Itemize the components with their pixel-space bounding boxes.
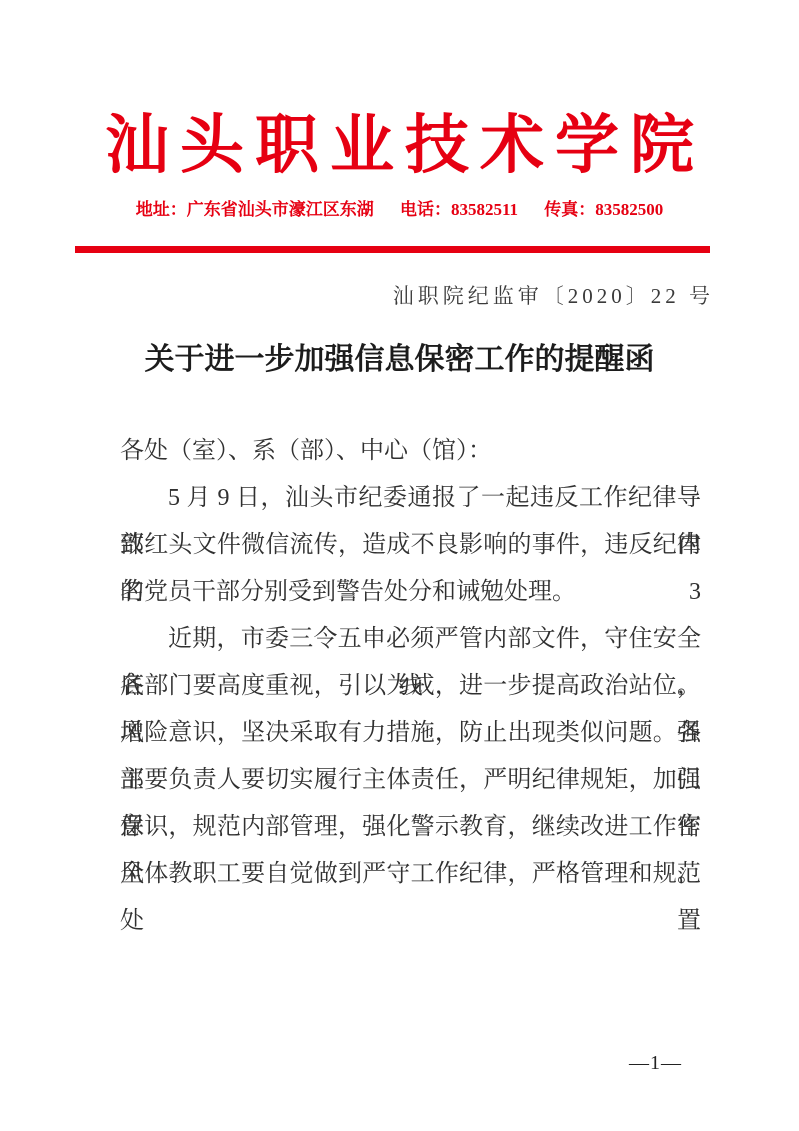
document-page: 汕头职业技术学院 地址：广东省汕头市濠江区东湖 电话：83582511 传真：8…: [0, 0, 799, 1131]
document-body: 各处（室）、系（部）、中心（馆）： 5 月 9 日，汕头市纪委通报了一起违反工作…: [120, 428, 701, 898]
body-line: 意识，规范内部管理，强化警示教育，继续改进工作作风。: [120, 804, 701, 851]
body-line: 风险意识，坚决采取有力措施，防止出现类似问题。各部门: [120, 710, 701, 757]
org-name: 汕头职业技术学院: [0, 106, 799, 186]
contact-line: 地址：广东省汕头市濠江区东湖 电话：83582511 传真：83582500: [0, 199, 799, 221]
fax-text: 传真：83582500: [544, 200, 663, 219]
page-number: —1—: [629, 1049, 682, 1077]
document-number: 汕职院纪监审〔2020〕22 号: [393, 282, 714, 310]
address-text: 地址：广东省汕头市濠江区东湖: [136, 200, 374, 219]
body-line: 主要负责人要切实履行主体责任，严明纪律规矩，加强保密: [120, 757, 701, 804]
salutation-line: 各处（室）、系（部）、中心（馆）：: [120, 428, 701, 475]
body-line: 各部门要高度重视，引以为戒，进一步提高政治站位，增强: [120, 663, 701, 710]
document-title: 关于进一步加强信息保密工作的提醒函: [0, 338, 799, 382]
body-line: 全体教职工要自觉做到严守工作纪律，严格管理和规范处置: [120, 851, 701, 898]
red-divider-rule: [75, 246, 710, 253]
body-line: 5 月 9 日，汕头市纪委通报了一起违反工作纪律导致内: [120, 475, 701, 522]
body-line: 近期，市委三令五申必须严管内部文件，守住安全底线。: [120, 616, 701, 663]
body-line: 部红头文件微信流传，造成不良影响的事件，违反纪律的 3: [120, 522, 701, 569]
phone-text: 电话：83582511: [400, 200, 518, 219]
